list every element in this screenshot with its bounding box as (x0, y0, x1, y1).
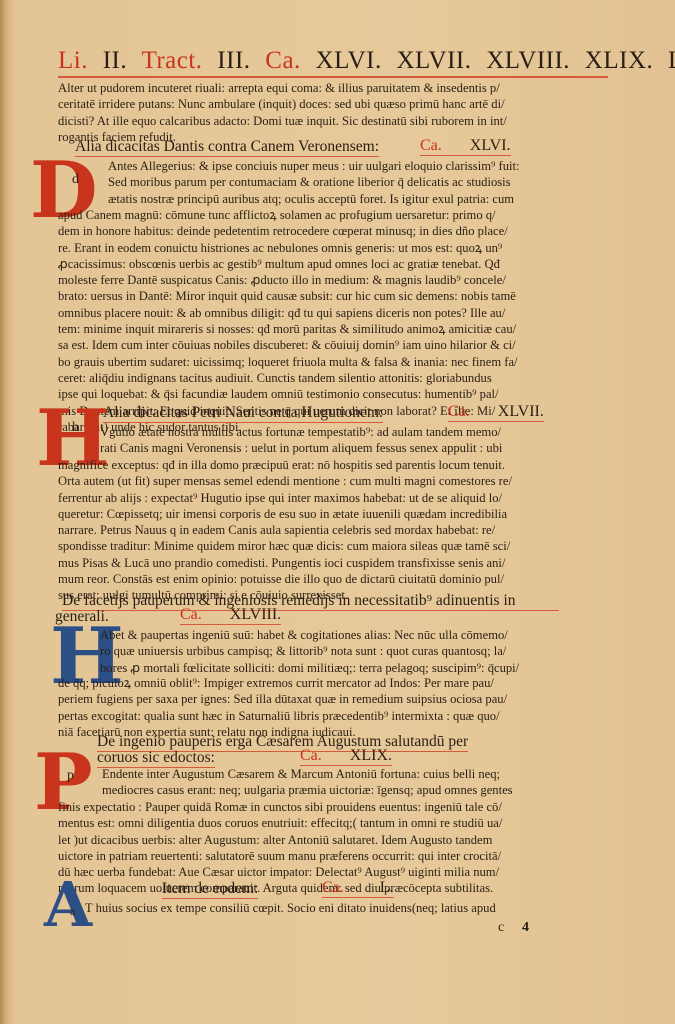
text-line: narrare. Petrus Nauus q in eadem Canis a… (58, 522, 568, 538)
text-line: ferrentur ab alijs : expectat⁹ Hugutio i… (58, 490, 568, 506)
header-ch-48: XLVIII. (486, 47, 570, 74)
chapter-50-text: T huius socius ex tempe consiliū cœpit. … (85, 900, 563, 916)
chapter-47-heading: Alia dicacitas Petri Naui contra Hugutio… (103, 404, 383, 423)
chapter-48-text: de q̄q; piculoꝝ omniū oblit⁹: Impiger ex… (58, 675, 568, 740)
chapter-47-number: Ca. XLVII. (448, 403, 544, 422)
text-line: bo grauis ubertim sudaret: uicissimq; lo… (58, 354, 568, 370)
ca-label: Ca. (420, 137, 442, 154)
chapter-48-lines-indented: Abet & paupertas ingeniū suū: habet & co… (100, 627, 563, 676)
chapter-48-number: Ca. XLVIII. (180, 606, 281, 625)
text-line: Sed moribus parum per contumaciam & orat… (108, 174, 563, 190)
chapter-50-number: Ca. L. (322, 879, 394, 898)
ca-label: Ca. (180, 606, 202, 623)
text-line: ꝓcacissimus: obscœnis uerbis ac gestib⁹ … (58, 256, 568, 272)
header-ca: Ca. (265, 47, 301, 74)
chapter-number: XLIX. (350, 747, 392, 764)
guide-letter: h (72, 420, 79, 436)
text-line: mum reor. Constās est enim opinio: potui… (58, 571, 568, 587)
chapter-49-lines-indented: Endente inter Augustum Cæsarem & Marcum … (102, 766, 563, 799)
text-line: omnibus placere nouit: & ab omnibus dili… (58, 305, 568, 321)
chapter-46-heading: Alia dicacitas Dantis contra Canem Veron… (75, 138, 379, 157)
chapter-number: XLVII. (498, 403, 544, 420)
chapter-49-text: finis expectatio : Pauper quidā Romæ in … (58, 799, 568, 897)
header-ch-50: L. (668, 47, 675, 74)
text-line: Vgutio ætate nostra multis actus fortunæ… (100, 424, 563, 440)
text-line: ceret: aliq̄diu indignans tacitus audiui… (58, 370, 568, 386)
text-line: ipse qui loquebat: & q̄si facundiæ laude… (58, 386, 568, 402)
header-ch-46: XLVI. (316, 47, 382, 74)
text-line: periem fugiens per saxa per ignes: Sed i… (58, 691, 568, 707)
header-ch-49: XLIX. (585, 47, 653, 74)
text-line: ætatis nostræ principū auribus atq; ocul… (108, 191, 563, 207)
chapter-46-number: Ca. XLVI. (420, 137, 511, 156)
text-line: mediocres casus erant: neq; uulgaria præ… (102, 782, 563, 798)
guide-letter: p (67, 768, 74, 784)
text-line: T huius socius ex tempe consiliū cœpit. … (85, 900, 563, 916)
header-book: Li. (58, 47, 88, 74)
header-tract-num: III. (217, 47, 250, 74)
text-line: mentus est: omni diligentia duos coruos … (58, 815, 568, 831)
ca-label: Ca. (322, 879, 344, 896)
chapter-number: XLVI. (470, 137, 511, 154)
text-line: moleste ferre Dantē suspicatus Canis: ꝓd… (58, 272, 568, 288)
signature-number: 4 (522, 920, 529, 936)
text-line: magnifice exceptus: qđ in illa domo præc… (58, 457, 568, 473)
text-line: mus Pisas & Lucā uno prandio comedisti. … (58, 555, 568, 571)
text-line: bores ꝓ mortali fœlicitate solliciti: do… (100, 660, 563, 676)
chapter-50-heading: Item de eodem: (162, 880, 258, 899)
text-line: de q̄q; piculoꝝ omniū oblit⁹: Impiger ex… (58, 675, 568, 691)
chapter-48-heading: De facetijs pauperum & ingeniosis remedi… (62, 592, 559, 611)
guide-letter: d (72, 172, 79, 188)
text-line: rati Canis magni Veronensis : uelut in p… (100, 440, 563, 456)
text-line: Abet & paupertas ingeniū suū: habet & co… (100, 627, 563, 643)
text-line: pertas excogitat: qualia sunt hæc in Sat… (58, 708, 568, 724)
text-line: sa est. Idem cum inter cōuiuas nobiles d… (58, 337, 568, 353)
header-tract: Tract. (141, 47, 202, 74)
text-line: ceritatē irridere putans: Nunc ambulare … (58, 96, 568, 112)
running-header: Li. II. Tract. III. Ca. XLVI. XLVII. XLV… (58, 48, 608, 78)
text-line: finis expectatio : Pauper quidā Romæ in … (58, 799, 568, 815)
chapter-47-lines-indented: Vgutio ætate nostra multis actus fortunæ… (100, 424, 563, 457)
text-line: dū hæc uerba fundebat: Aue Cæsar uictor … (58, 864, 568, 880)
book-page: Li. II. Tract. III. Ca. XLVI. XLVII. XLV… (0, 0, 675, 1024)
chapter-number: XLVIII. (230, 606, 281, 623)
text-line: dicisti? At ille equo calcaribus adacto:… (58, 113, 568, 129)
text-line: apud Canem magnū: cōmune tunc afflictoꝝ … (58, 207, 568, 223)
text-line: uictore in patriam reuertenti: salutator… (58, 848, 568, 864)
ca-label: Ca. (448, 403, 470, 420)
text-line: brato: uersus in Dantē: Miror inquit qui… (58, 288, 568, 304)
text-line: ro quæ uniuersis urbibus campisq; & litt… (100, 643, 563, 659)
signature-letter: c (498, 920, 504, 936)
text-line: Orta autem (ut fit) super mensas semel e… (58, 473, 568, 489)
chapter-49-number: Ca. XLIX. (300, 747, 392, 766)
chapter-number: L. (380, 879, 394, 896)
text-line: Endente inter Augustum Cæsarem & Marcum … (102, 766, 563, 782)
chapter-46-lines-indented: Antes Allegerius: & ipse conciuis nuper … (108, 158, 563, 207)
text-line: let )ut dicacibus uerbis: alter Augustum… (58, 832, 568, 848)
chapter-47-text: magnifice exceptus: qđ in illa domo præc… (58, 457, 568, 604)
text-line: tem: minime inquit mirareris si nosses: … (58, 321, 568, 337)
header-book-num: II. (103, 47, 127, 74)
ca-label: Ca. (300, 747, 322, 764)
header-ch-47: XLVII. (396, 47, 471, 74)
text-line: morum loquacem uolucrem comparauit. Argu… (58, 880, 568, 896)
text-line: Antes Allegerius: & ipse conciuis nuper … (108, 158, 563, 174)
text-line: Alter ut pudorem incuteret riuali: arrep… (58, 80, 568, 96)
text-line: dem in honore habitus: deinde pedetentim… (58, 223, 568, 239)
guide-letter: a (70, 904, 75, 919)
text-line: re. Erant in eodem conuictu histriones a… (58, 240, 568, 256)
text-line: spondisse traditur: Minime quidem miror … (58, 538, 568, 554)
chapter-46-text: apud Canem magnū: cōmune tunc afflictoꝝ … (58, 207, 568, 435)
text-line: queretur: Cœpissetq; uir imensi corporis… (58, 506, 568, 522)
intro-paragraph: Alter ut pudorem incuteret riuali: arrep… (58, 80, 568, 145)
